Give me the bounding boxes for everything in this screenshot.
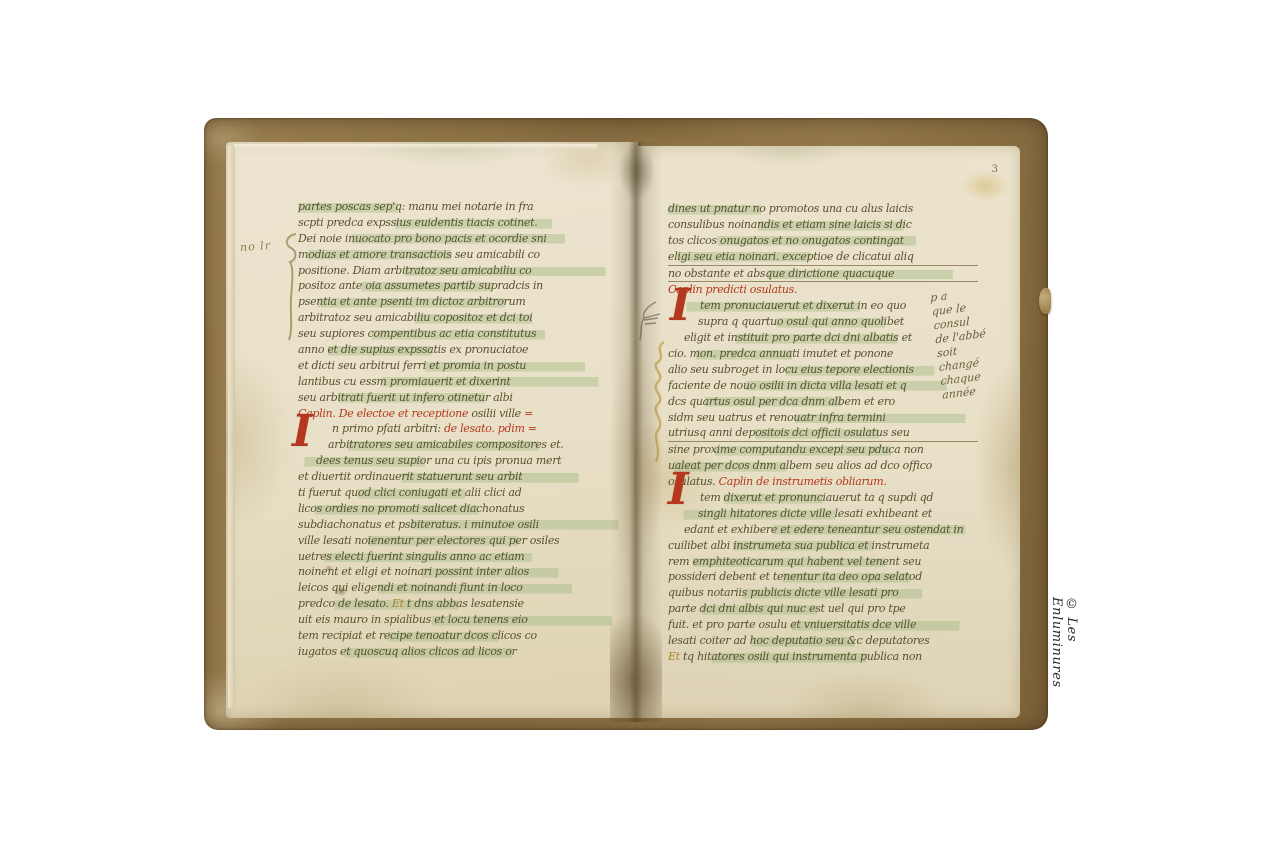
photo-canvas: { "credit": "© Les Enluminures", "colors… <box>0 0 1280 860</box>
manuscript-line: cuilibet albi instrumeta sua publica et … <box>668 538 978 554</box>
manuscript-line: no obstante et absque dirictione quacuqu… <box>668 266 978 283</box>
manuscript-line: Et tq hitatores osili qui instrumenta pu… <box>668 649 978 665</box>
manuscript-line: iugatos et quoscuq alios clicos ad licos… <box>298 644 632 660</box>
manuscript-line: fuit. et pro parte osulu et vniuersitati… <box>668 617 978 633</box>
left-text-block: partes poscas sep'q: manu mei notarie in… <box>298 199 632 660</box>
manuscript-line: positione. Diam arbitratoz seu amicabili… <box>298 263 632 279</box>
manuscript-line: sidm seu uatrus et renouatr infra termin… <box>668 410 978 426</box>
manuscript-line: positoz ante oia assumetes partib suprad… <box>298 278 632 294</box>
manuscript-line: arbitratores seu amicabiles compositores… <box>298 437 632 453</box>
manuscript-line: dees tenus seu supior una cu ipis pronua… <box>298 453 632 469</box>
manuscript-line: licos ordies no promoti salicet diachona… <box>298 501 632 517</box>
illuminated-initial-right-2: I <box>668 470 689 510</box>
manuscript-line: rem emphiteoticarum qui habent vel tenen… <box>668 554 978 570</box>
manuscript-line: Dei noie inuocato pro bono pacis et ocor… <box>298 231 632 247</box>
manuscript-line: sine proxime computandu excepi seu pduca… <box>668 442 978 458</box>
manuscript-line: eligit et instituit pro parte dci dni al… <box>668 330 978 346</box>
manuscript-line: singli hitatores dicte ville lesati exhi… <box>668 506 978 522</box>
manuscript-line: psentia et ante psenti im dictoz arbitro… <box>298 294 632 310</box>
manuscript-line: faciente de nouo osilii in dicta villa l… <box>668 378 978 394</box>
gold-flourish <box>648 340 670 464</box>
manuscript-book: no lr partes poscas sep'q: manu mei nota… <box>204 118 1048 730</box>
manuscript-line: eligi seu etia noinari. exceptioe de cli… <box>668 249 978 266</box>
illuminated-initial-right-1: I <box>670 286 691 326</box>
manuscript-line: anno et die supius expssatis ex pronucia… <box>298 342 632 358</box>
manuscript-line: seu supiores compentibus ac etia constit… <box>298 326 632 342</box>
illuminated-initial-left: I <box>292 412 313 452</box>
manuscript-line: noinent et eligi et noinari possint inte… <box>298 564 632 580</box>
manuscript-line: ualeat per dcos dnm albem seu alios ad d… <box>668 458 978 474</box>
manuscript-line: et dicti seu arbitrui ferri et promia in… <box>298 358 632 374</box>
manuscript-line: dcs quartus osul per dca dnm albem et er… <box>668 394 978 410</box>
manuscript-line: predco de lesato. Et t dns abbas lesaten… <box>298 596 632 612</box>
manuscript-line: dines ut pnatur no promotos una cu alus … <box>668 201 978 217</box>
french-margin-note: p aque leconsulde l'abbésoitchangéchaque… <box>929 281 1026 402</box>
margin-note-left: no lr <box>240 239 272 254</box>
manuscript-line: uetres electi fuerint singulis anno ac e… <box>298 549 632 565</box>
manuscript-line: quibus notariis publicis dicte ville les… <box>668 585 978 601</box>
manuscript-line: lesati coiter ad hoc deputatio seu &c de… <box>668 633 978 649</box>
manuscript-line: partes poscas sep'q: manu mei notarie in… <box>298 199 632 215</box>
right-page: 3 dines ut pnatur no promotos una cu alu… <box>634 146 1020 718</box>
left-page: no lr partes poscas sep'q: manu mei nota… <box>226 142 638 718</box>
manuscript-line: et diuertit ordinauerit statuerunt seu a… <box>298 469 632 485</box>
manuscript-line: subdiachonatus et psbiteratus. i minutoe… <box>298 517 632 533</box>
right-text-block: dines ut pnatur no promotos una cu alus … <box>668 201 978 665</box>
clasp-knob <box>1039 288 1051 314</box>
manuscript-line: ti fuerut quod clici coniugati et alii c… <box>298 485 632 501</box>
manuscript-line: parte dci dni albis qui nuc est uel qui … <box>668 601 978 617</box>
manuscript-line: tem recipiat et recipe tenoatur dcos cli… <box>298 628 632 644</box>
manuscript-line: seu arbitrati fuerit ut infero otinetur … <box>298 390 632 406</box>
manuscript-line: Caplin. De electoe et receptione osilii … <box>298 406 632 422</box>
manuscript-line: cio. mon. predca annuati imutet et ponon… <box>668 346 978 362</box>
manuscript-line: alio seu subroget in locu eius tepore el… <box>668 362 978 378</box>
manuscript-line: consulibus noinandis et etiam sine laici… <box>668 217 978 233</box>
manuscript-line: leicos qui eligendi et noinandi fiunt in… <box>298 580 632 596</box>
manuscript-line: possideri debent et tenentur ita deo opa… <box>668 569 978 585</box>
manuscript-line: osulatus. Caplin de instrumetis obliarum… <box>668 474 978 490</box>
manuscript-line: tem dixerut et pronunciauerut ta q supdi… <box>668 490 978 506</box>
credit-watermark: © Les Enluminures <box>1049 597 1079 737</box>
manuscript-line: edant et exhibere et edere teneantur seu… <box>668 522 978 538</box>
manuscript-line: lantibus cu essm promiauerit et dixerint <box>298 374 632 390</box>
manuscript-line: modias et amore transactiois seu amicabi… <box>298 247 632 263</box>
manuscript-line: uit eis mauro in spialibus et locu tenen… <box>298 612 632 628</box>
page-number: 3 <box>992 164 998 175</box>
manuscript-line: arbitratoz seu amicabiliu copositoz et d… <box>298 310 632 326</box>
manuscript-line: n primo pfati arbitri: de lesato. pdim = <box>298 421 632 437</box>
manuscript-line: tos clicos onugatos et no onugatos conti… <box>668 233 978 249</box>
manuscript-line: ville lesati noienentur per electores qu… <box>298 533 632 549</box>
manuscript-line: utriusq anni depositois dci officii osul… <box>668 425 978 442</box>
manuscript-line: scpti predca expssius euidentis tiacis c… <box>298 215 632 231</box>
